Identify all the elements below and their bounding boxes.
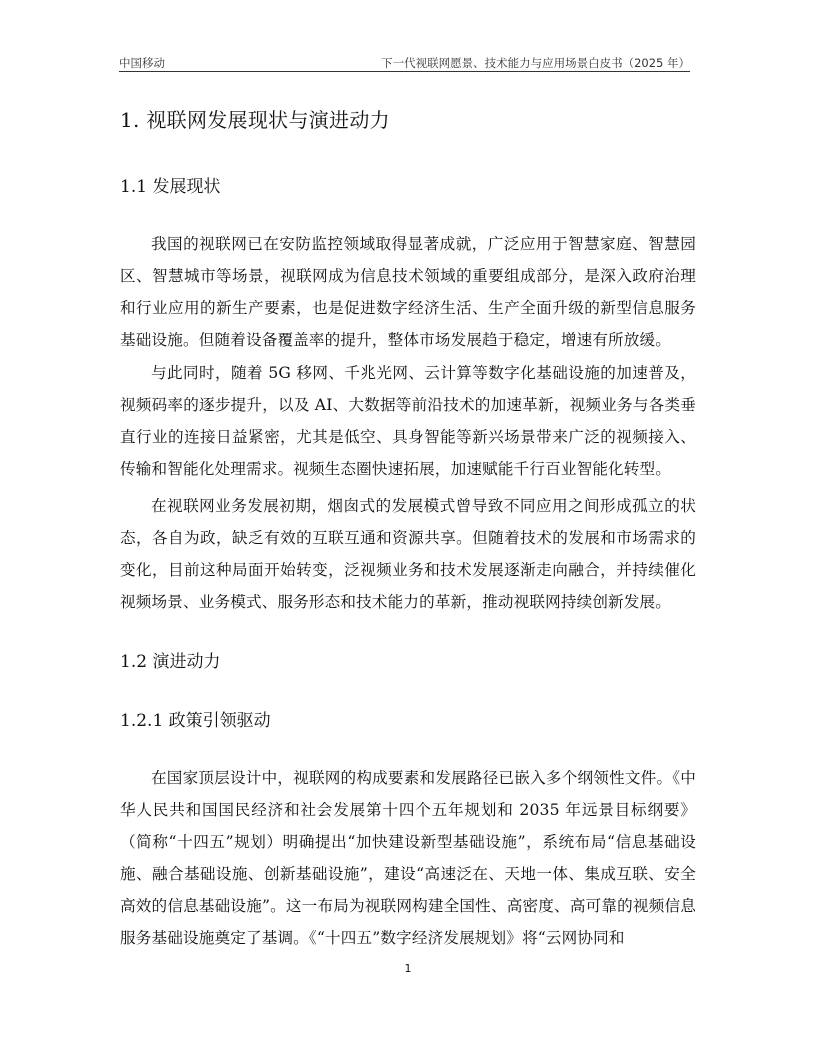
section-1-heading: 1. 视联网发展现状与演进动力 bbox=[120, 104, 390, 133]
header-document-title: 下一代视联网愿景、技术能力与应用场景白皮书（2025 年） bbox=[381, 55, 690, 71]
page-header: 中国移动 下一代视联网愿景、技术能力与应用场景白皮书（2025 年） bbox=[119, 55, 690, 72]
section-1-1-heading: 1.1 发展现状 bbox=[120, 172, 220, 197]
paragraph-status-2: 与此同时，随着 5G 移网、千兆光网、云计算等数字化基础设施的加速普及，视频码率… bbox=[120, 357, 696, 485]
paragraph-status-3: 在视联网业务发展初期，烟囱式的发展模式曾导致不同应用之间形成孤立的状态，各自为政… bbox=[120, 490, 696, 618]
paragraph-status-1: 我国的视联网已在安防监控领域取得显著成就，广泛应用于智慧家庭、智慧园区、智慧城市… bbox=[120, 228, 696, 356]
page-number: 1 bbox=[0, 962, 816, 975]
section-1-2-1-heading: 1.2.1 政策引领驱动 bbox=[120, 706, 271, 731]
section-1-2-heading: 1.2 演进动力 bbox=[120, 647, 220, 672]
paragraph-policy-1: 在国家顶层设计中，视联网的构成要素和发展路径已嵌入多个纲领性文件。《中华人民共和… bbox=[120, 762, 696, 954]
header-organization: 中国移动 bbox=[119, 55, 165, 71]
